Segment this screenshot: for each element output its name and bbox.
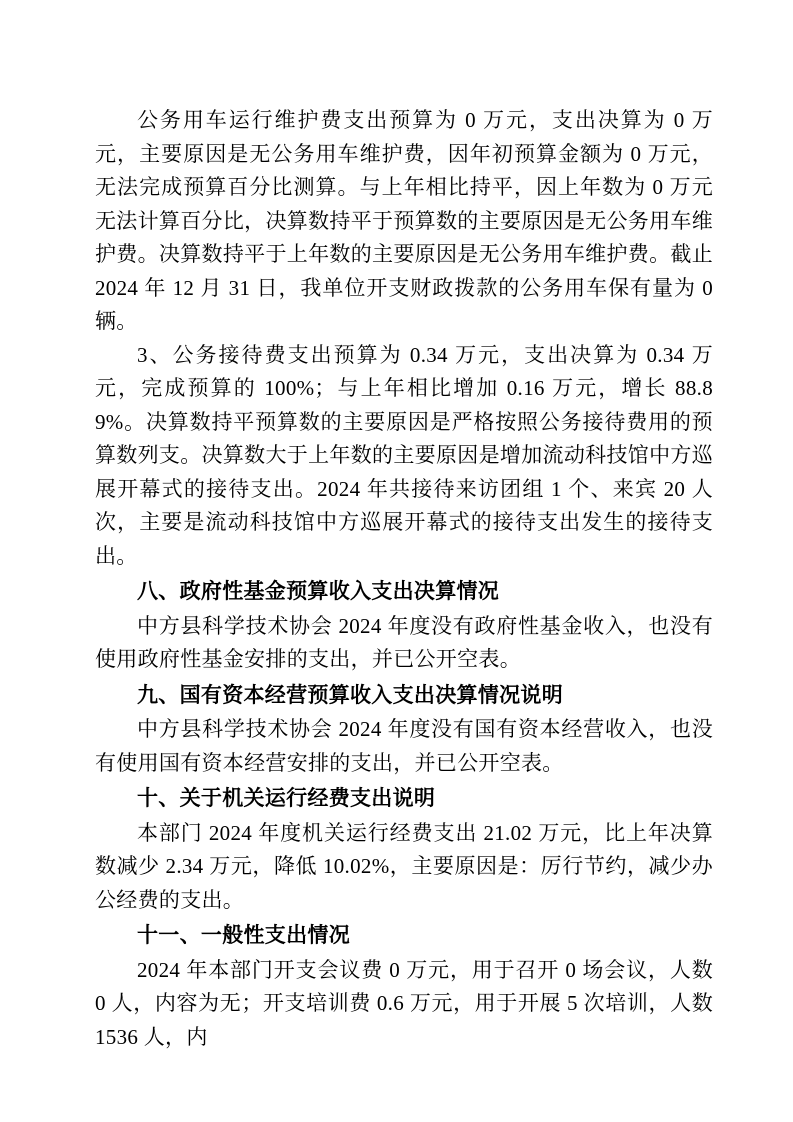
body-paragraph: 中方县科学技术协会 2024 年度没有政府性基金收入，也没有使用政府性基金安排的…	[95, 610, 713, 677]
body-paragraph: 本部门 2024 年度机关运行经费支出 21.02 万元，比上年决算数减少 2.…	[95, 817, 713, 918]
section-heading: 八、政府性基金预算收入支出决算情况	[95, 575, 713, 609]
body-paragraph: 公务用车运行维护费支出预算为 0 万元，支出决算为 0 万元，主要原因是无公务用…	[95, 104, 713, 339]
page-body: 公务用车运行维护费支出预算为 0 万元，支出决算为 0 万元，主要原因是无公务用…	[95, 104, 713, 1054]
section-heading: 十、关于机关运行经费支出说明	[95, 782, 713, 816]
section-heading: 九、国有资本经营预算收入支出决算情况说明	[95, 679, 713, 713]
document-page: 公务用车运行维护费支出预算为 0 万元，支出决算为 0 万元，主要原因是无公务用…	[0, 0, 793, 1122]
section-heading: 十一、一般性支出情况	[95, 919, 713, 953]
body-paragraph: 3、公务接待费支出预算为 0.34 万元，支出决算为 0.34 万元，完成预算的…	[95, 339, 713, 574]
body-paragraph: 2024 年本部门开支会议费 0 万元，用于召开 0 场会议，人数 0 人，内容…	[95, 954, 713, 1055]
body-paragraph: 中方县科学技术协会 2024 年度没有国有资本经营收入，也没有使用国有资本经营安…	[95, 713, 713, 780]
